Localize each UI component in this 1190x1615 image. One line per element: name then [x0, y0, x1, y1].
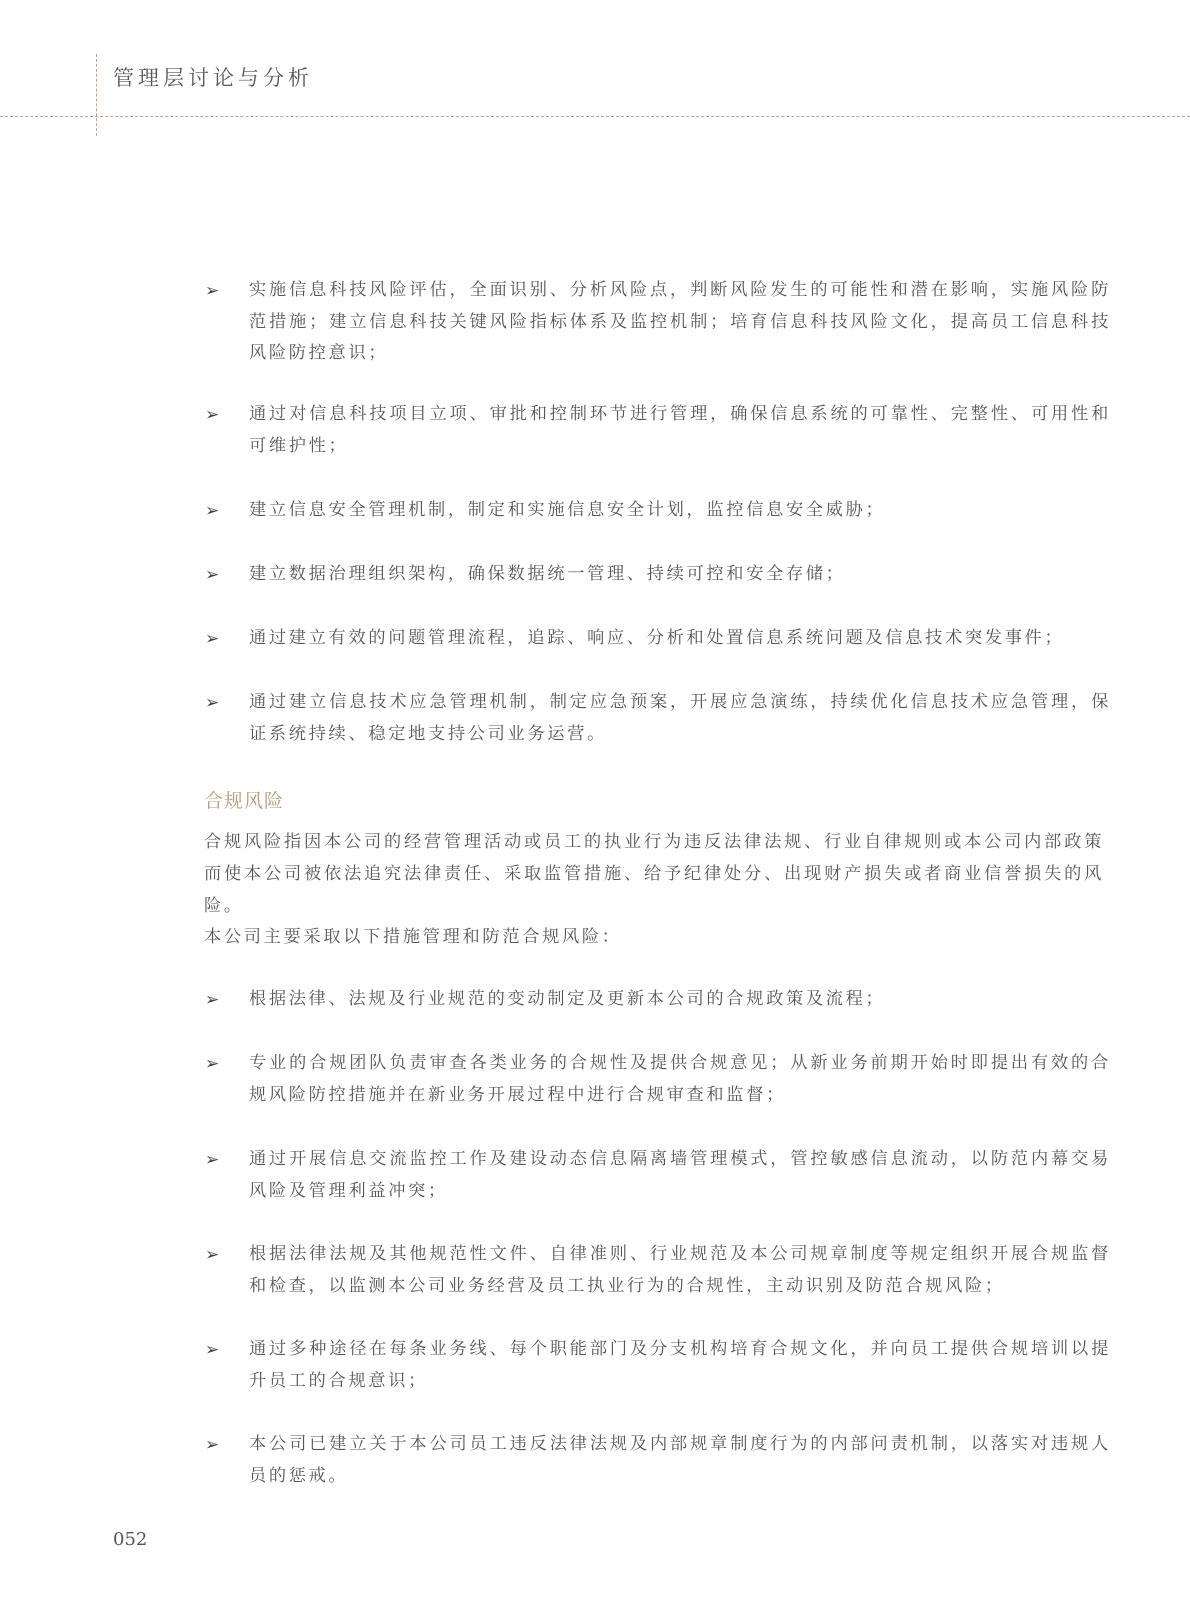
- arrow-bullet-icon: ➢: [205, 1239, 219, 1271]
- arrow-bullet-icon: ➢: [205, 559, 219, 591]
- section-running-header: 管理层讨论与分析: [113, 62, 313, 92]
- arrow-bullet-icon: ➢: [205, 1048, 219, 1080]
- arrow-bullet-icon: ➢: [205, 1334, 219, 1366]
- list-item-text: 通过多种途径在每条业务线、每个职能部门及分支机构培育合规文化，并向员工提供合规培…: [249, 1334, 1111, 1397]
- list-item-text: 建立数据治理组织架构，确保数据统一管理、持续可控和安全存储；: [249, 559, 1111, 591]
- list-item-text: 根据法律法规及其他规范性文件、自律准则、行业规范及本公司规章制度等规定组织开展合…: [249, 1239, 1111, 1302]
- arrow-bullet-icon: ➢: [205, 687, 219, 719]
- arrow-bullet-icon: ➢: [205, 1429, 219, 1461]
- arrow-bullet-icon: ➢: [205, 495, 219, 527]
- header-vertical-dashed-divider: [96, 54, 97, 136]
- arrow-bullet-icon: ➢: [205, 1144, 219, 1176]
- compliance-definition-paragraph: 合规风险指因本公司的经营管理活动或员工的执业行为违反法律法规、行业自律规则或本公…: [204, 826, 1104, 922]
- arrow-bullet-icon: ➢: [205, 623, 219, 655]
- list-item-text: 通过对信息科技项目立项、审批和控制环节进行管理，确保信息系统的可靠性、完整性、可…: [249, 399, 1111, 462]
- arrow-bullet-icon: ➢: [205, 984, 219, 1016]
- list-item-text: 根据法律、法规及行业规范的变动制定及更新本公司的合规政策及流程；: [249, 984, 1111, 1016]
- header-horizontal-dashed-divider: [0, 116, 1190, 117]
- compliance-intro-paragraph: 本公司主要采取以下措施管理和防范合规风险：: [204, 921, 1104, 953]
- compliance-risk-heading: 合规风险: [204, 786, 284, 813]
- arrow-bullet-icon: ➢: [205, 399, 219, 431]
- list-item-text: 建立信息安全管理机制，制定和实施信息安全计划，监控信息安全威胁；: [249, 495, 1111, 527]
- page-number: 052: [113, 1529, 147, 1550]
- list-item-text: 专业的合规团队负责审查各类业务的合规性及提供合规意见；从新业务前期开始时即提出有…: [249, 1048, 1111, 1111]
- list-item-text: 通过建立信息技术应急管理机制，制定应急预案，开展应急演练，持续优化信息技术应急管…: [249, 687, 1111, 750]
- arrow-bullet-icon: ➢: [205, 275, 219, 307]
- list-item-text: 通过开展信息交流监控工作及建设动态信息隔离墙管理模式，管控敏感信息流动，以防范内…: [249, 1144, 1111, 1207]
- list-item-text: 通过建立有效的问题管理流程，追踪、响应、分析和处置信息系统问题及信息技术突发事件…: [249, 623, 1111, 655]
- list-item-text: 实施信息科技风险评估，全面识别、分析风险点，判断风险发生的可能性和潜在影响，实施…: [249, 275, 1111, 370]
- list-item-text: 本公司已建立关于本公司员工违反法律法规及内部规章制度行为的内部问责机制，以落实对…: [249, 1429, 1111, 1492]
